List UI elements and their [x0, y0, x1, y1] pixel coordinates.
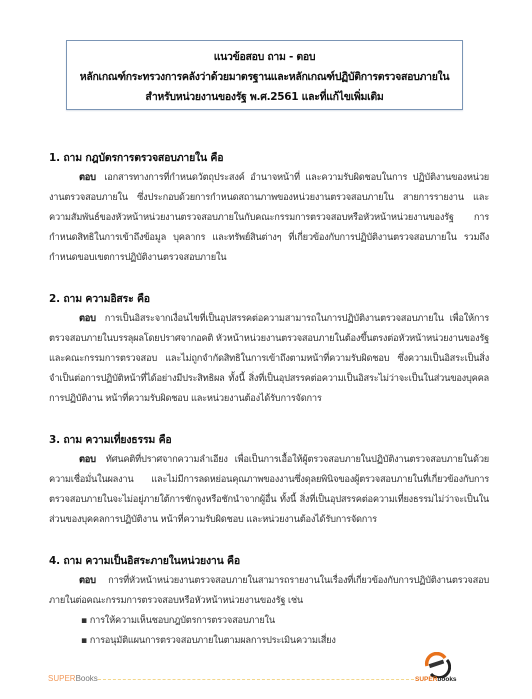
answer-paragraph: ตอบ เอกสารทางการที่กำหนดวัตถุประสงค์ อำน… — [49, 168, 489, 268]
title-box: แนวข้อสอบ ถาม - ตอบ หลักเกณฑ์กระทรวงการค… — [66, 40, 463, 110]
qa-content: 1. ถาม กฎบัตรการตรวจสอบภายใน คือ ตอบ เอก… — [49, 148, 489, 672]
logo-super: SUPER — [415, 676, 437, 683]
superbooks-logo: SUPERbooks — [415, 652, 475, 688]
bullet-text: การอนุมัติแผนการตรวจสอบภายในตามผลการประเ… — [90, 635, 336, 646]
page-footer: SUPERBooks SUPERbooks — [0, 650, 532, 699]
bullet-icon: ▪ — [81, 611, 87, 631]
question-heading: 3. ถาม ความเที่ยงธรรม คือ — [49, 430, 489, 450]
answer-label: ตอบ — [79, 172, 96, 183]
brand-books: Books — [76, 674, 98, 683]
question-heading: 1. ถาม กฎบัตรการตรวจสอบภายใน คือ — [49, 148, 489, 168]
footer-divider — [98, 679, 414, 680]
brand-super: SUPER — [48, 674, 76, 683]
answer-label: ตอบ — [79, 313, 96, 324]
question-heading: 4. ถาม ความเป็นอิสระภายในหน่วยงาน คือ — [49, 551, 489, 571]
answer-text: ทัศนคติที่ปราศจากความลำเอียง เพื่อเป็นกา… — [49, 454, 489, 525]
footer-brand-text: SUPERBooks — [48, 674, 98, 683]
answer-text: การเป็นอิสระจากเงื่อนไขที่เป็นอุปสรรคต่อ… — [49, 313, 489, 404]
answer-paragraph: ตอบ การที่หัวหน้าหน่วยงานตรวจสอบภายในสาม… — [49, 571, 489, 611]
bullet-text: การให้ความเห็นชอบกฎบัตรการตรวจสอบภายใน — [90, 615, 275, 626]
title-line-3: สำหรับหน่วยงานของรัฐ พ.ศ.2561 และที่แก้ไ… — [67, 87, 462, 107]
answer-text: เอกสารทางการที่กำหนดวัตถุประสงค์ อำนาจหน… — [49, 172, 489, 263]
logo-books: books — [437, 676, 456, 683]
qa-section-3: 3. ถาม ความเที่ยงธรรม คือ ตอบ ทัศนคติที่… — [49, 430, 489, 530]
bullet-item: ▪ การให้ความเห็นชอบกฎบัตรการตรวจสอบภายใน — [81, 611, 489, 631]
qa-section-4: 4. ถาม ความเป็นอิสระภายในหน่วยงาน คือ ตอ… — [49, 551, 489, 651]
document-page: แนวข้อสอบ ถาม - ตอบ หลักเกณฑ์กระทรวงการค… — [0, 0, 532, 699]
title-line-2: หลักเกณฑ์กระทรวงการคลังว่าด้วยมาตรฐานและ… — [67, 67, 462, 87]
title-line-1: แนวข้อสอบ ถาม - ตอบ — [67, 47, 462, 67]
answer-paragraph: ตอบ การเป็นอิสระจากเงื่อนไขที่เป็นอุปสรร… — [49, 309, 489, 409]
bullet-icon: ▪ — [81, 631, 87, 651]
logo-brand-text: SUPERbooks — [415, 676, 457, 683]
answer-bullet-list: ▪ การให้ความเห็นชอบกฎบัตรการตรวจสอบภายใน… — [49, 611, 489, 651]
answer-text: การที่หัวหน้าหน่วยงานตรวจสอบภายในสามารถร… — [49, 575, 489, 606]
logo-swoosh-icon — [423, 652, 451, 678]
bullet-item: ▪ การอนุมัติแผนการตรวจสอบภายในตามผลการปร… — [81, 631, 489, 651]
qa-section-2: 2. ถาม ความอิสระ คือ ตอบ การเป็นอิสระจาก… — [49, 289, 489, 409]
question-heading: 2. ถาม ความอิสระ คือ — [49, 289, 489, 309]
answer-label: ตอบ — [79, 454, 96, 465]
qa-section-1: 1. ถาม กฎบัตรการตรวจสอบภายใน คือ ตอบ เอก… — [49, 148, 489, 268]
answer-paragraph: ตอบ ทัศนคติที่ปราศจากความลำเอียง เพื่อเป… — [49, 450, 489, 530]
answer-label: ตอบ — [79, 575, 96, 586]
